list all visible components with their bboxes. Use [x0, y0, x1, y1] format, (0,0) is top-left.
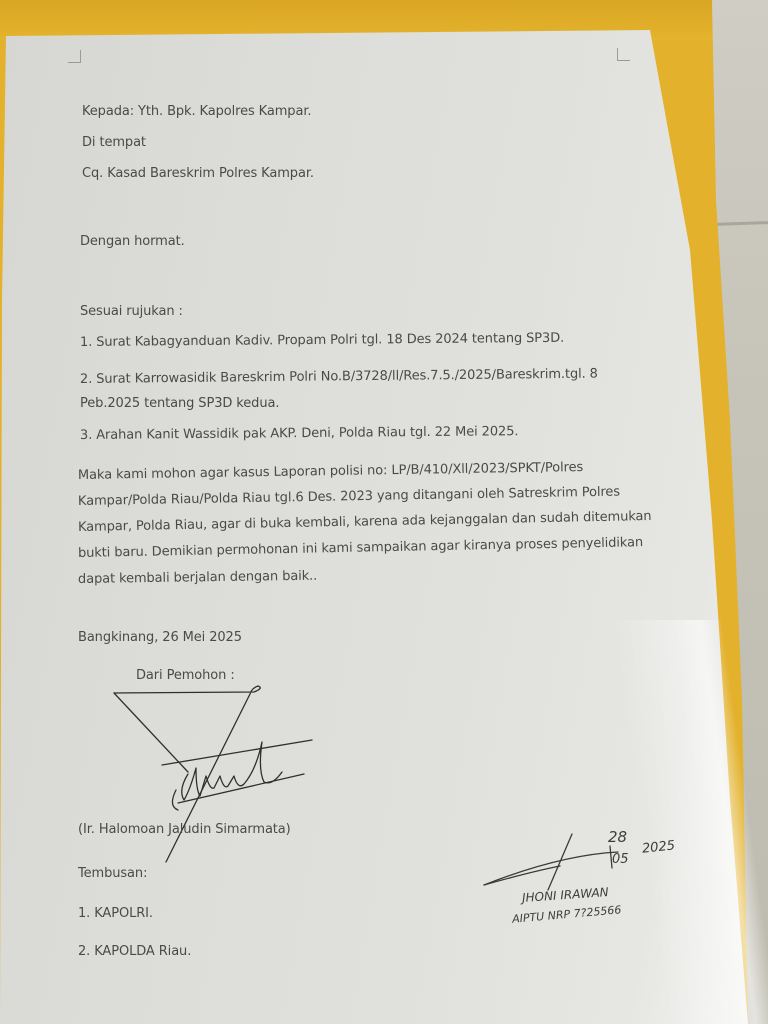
corner-mark-top-left	[68, 50, 81, 63]
recipient-line-2: Di tempat	[82, 135, 146, 150]
place-date: Bangkinang, 26 Mei 2025	[78, 630, 242, 645]
recipient-line-3: Cq. Kasad Bareskrim Polres Kampar.	[82, 166, 314, 181]
receipt-date-day: 28	[608, 828, 627, 846]
corner-mark-top-right	[617, 48, 630, 61]
receipt-date-month: 05	[612, 852, 629, 867]
recipient-line-1: Kepada: Yth. Bpk. Kapolres Kampar.	[82, 104, 311, 119]
cc-item-2: 2. KAPOLDA Riau.	[78, 944, 191, 959]
references-heading: Sesuai rujukan :	[80, 304, 183, 319]
cc-item-1: 1. KAPOLRI.	[78, 906, 153, 921]
from-label: Dari Pemohon :	[136, 668, 235, 683]
cc-heading: Tembusan:	[78, 866, 147, 881]
reference-item-2-cont: Peb.2025 tentang SP3D kedua.	[80, 396, 279, 411]
salutation: Dengan hormat.	[80, 234, 185, 249]
signer-name: (Ir. Halomoan Jaludin Simarmata)	[78, 822, 291, 837]
